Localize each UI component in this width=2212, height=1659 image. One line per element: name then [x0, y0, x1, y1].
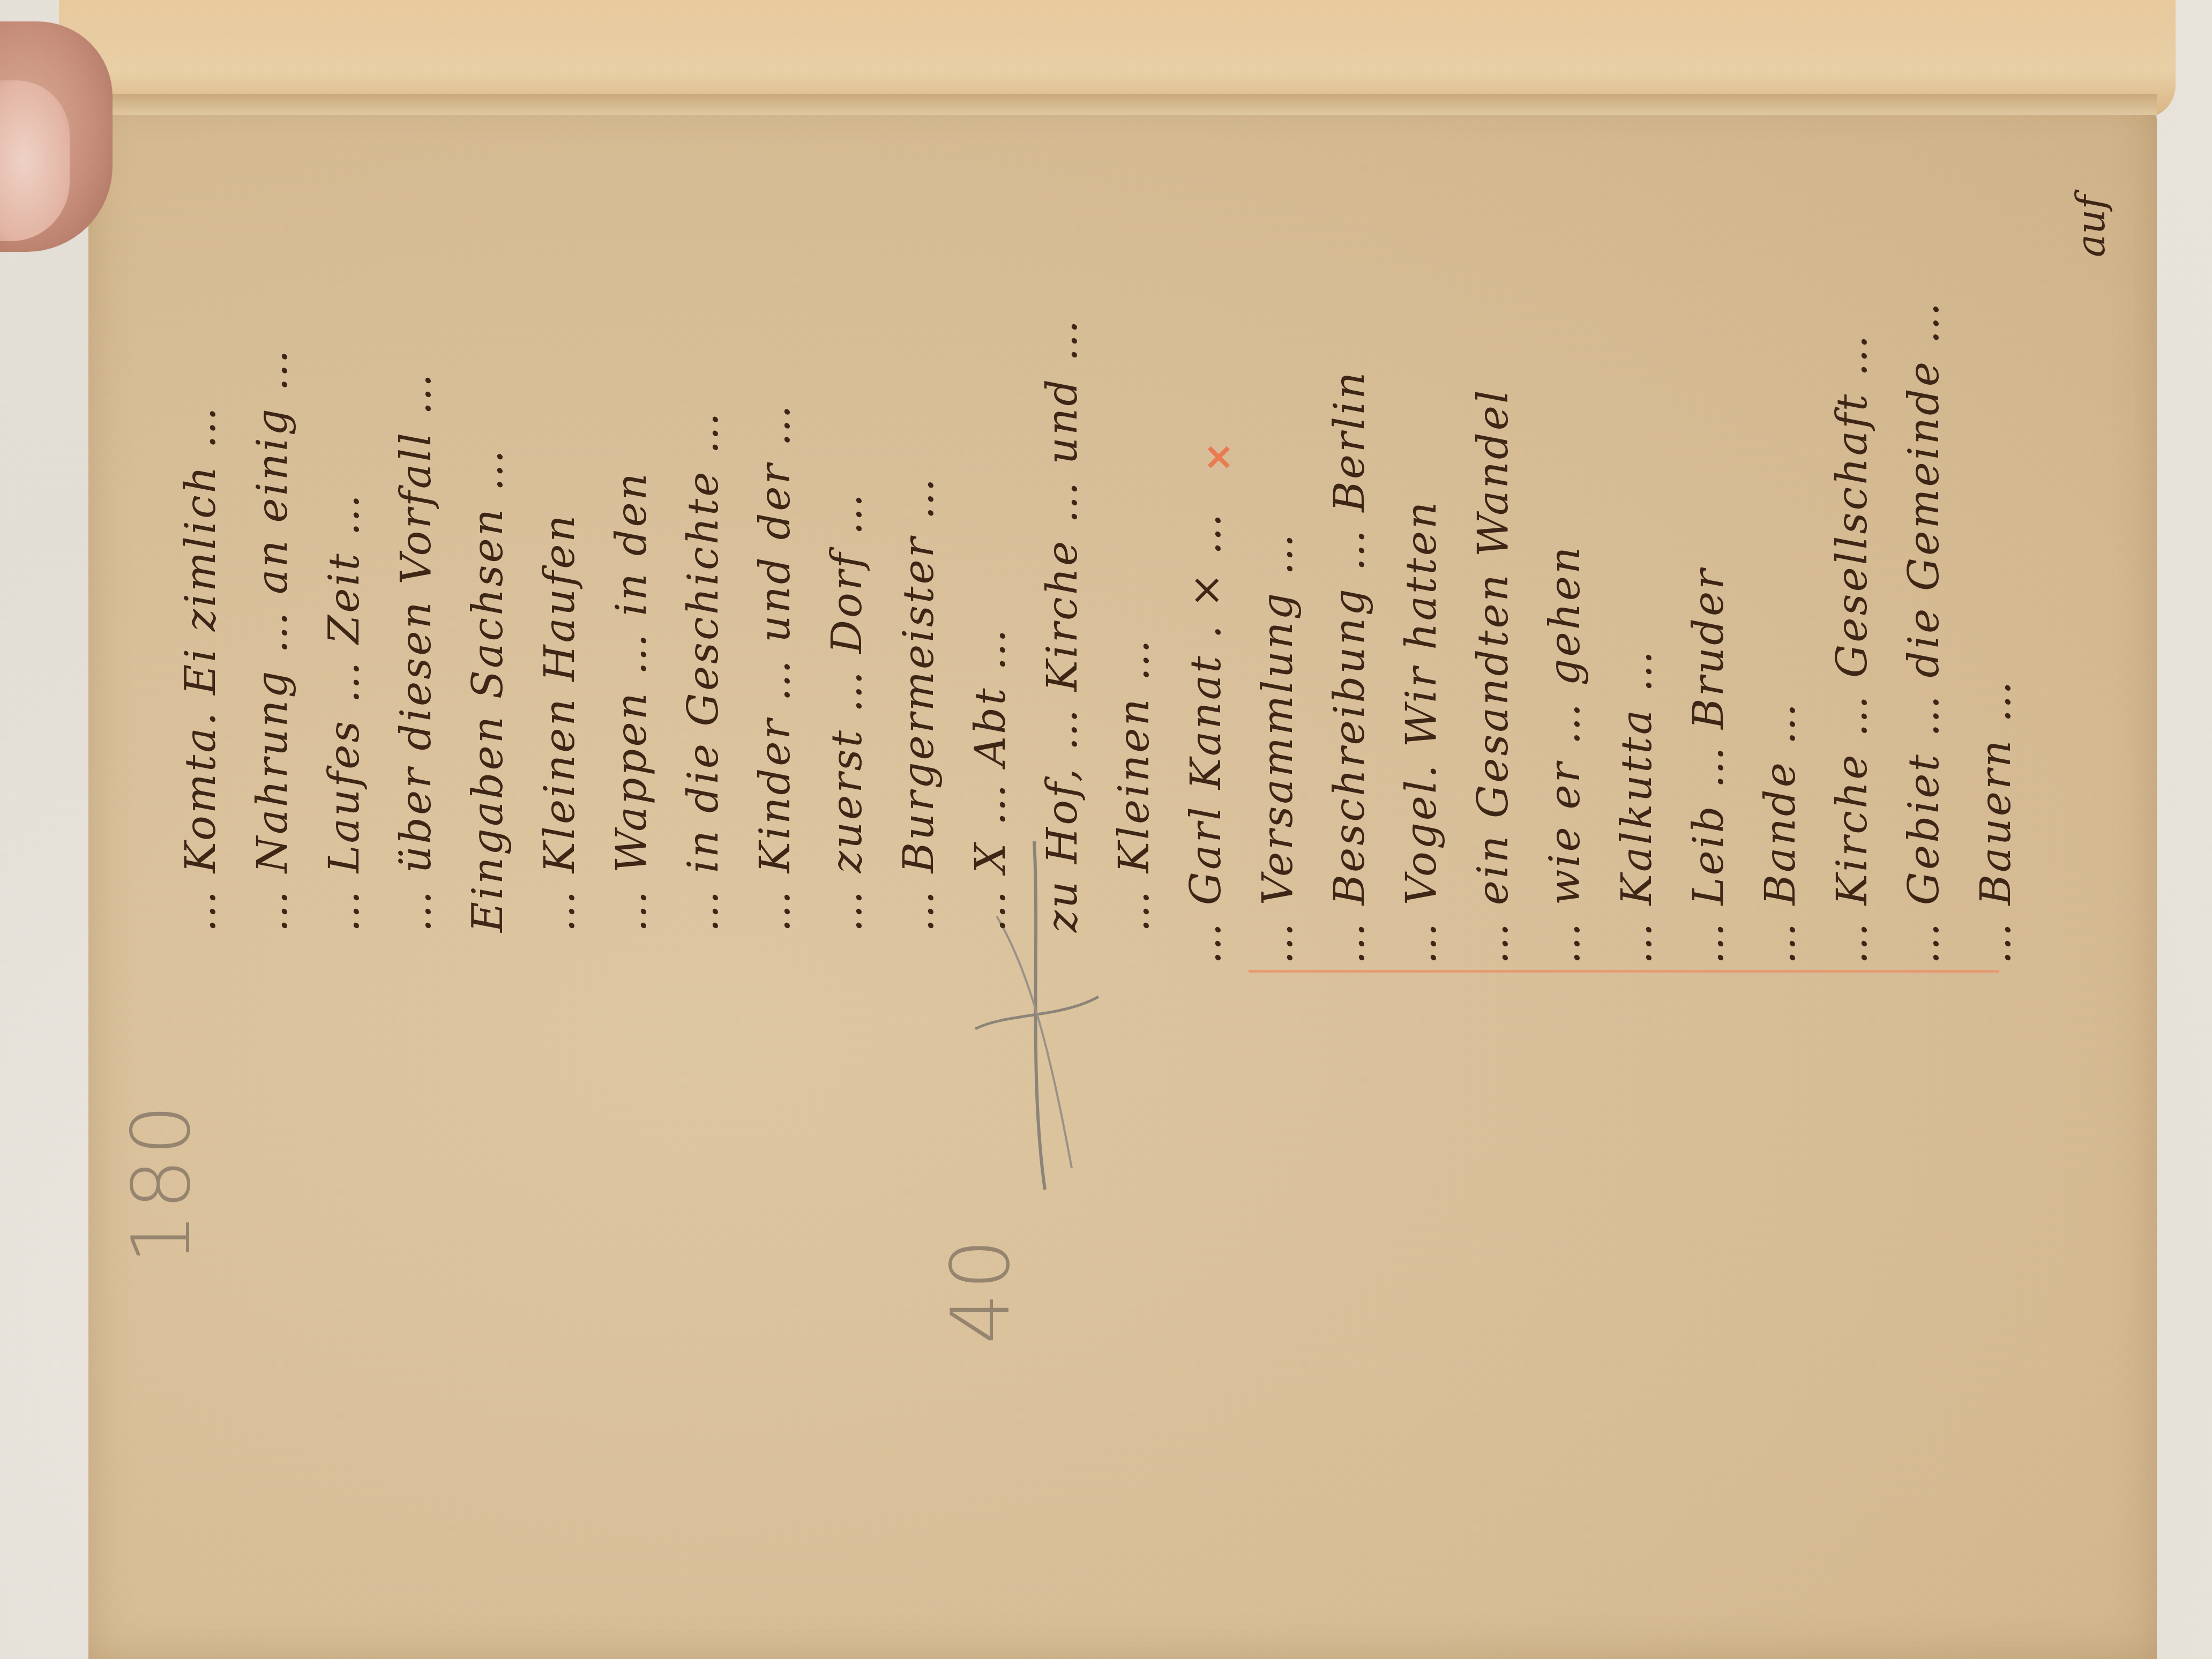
handwritten-line: … Garl Kanat . × …	[1182, 129, 1230, 965]
handwritten-line: … ein Gesandten Wandel	[1469, 129, 1518, 965]
handwritten-line: … X … Abt …	[967, 96, 1015, 932]
thumbnail	[0, 80, 70, 241]
handwritten-line: … über diesen Vorfall …	[392, 96, 440, 932]
handwritten-line: … zuerst … Dorf …	[823, 96, 871, 932]
handwritten-line: … Beschreibung … Berlin	[1326, 129, 1374, 965]
handwritten-line: … Kalkutta …	[1613, 129, 1661, 965]
handwritten-line: … Wappen … in den	[608, 96, 656, 932]
handwritten-line: … Burgermeister …	[895, 96, 943, 932]
handwritten-line: … Versammlung …	[1254, 129, 1302, 965]
handwritten-line: … Nahrung … an einig …	[249, 96, 297, 932]
handwritten-line: … Komta. Ei zimlich …	[177, 96, 225, 932]
handwritten-line: … Gebiet … die Gemeinde …	[1900, 129, 1948, 965]
handwritten-line: … Bande …	[1757, 129, 1805, 965]
handwritten-line: … Bauern …	[1972, 129, 2020, 965]
handwritten-line: … Vogel. Wir hatten	[1398, 129, 1446, 965]
handwritten-line: Eingaben Sachsen …	[464, 96, 512, 932]
handwritten-line: zu Hof, … Kirche … und …	[1038, 96, 1087, 932]
handwritten-line: … wie er … gehen	[1541, 129, 1589, 965]
folio-number-pencil: 40	[935, 1236, 1028, 1344]
handwritten-line: … in die Geschichte …	[679, 96, 728, 932]
handwritten-line: … Kleinen Haufen	[536, 96, 584, 932]
handwritten-line: … Kleinen …	[1110, 96, 1159, 932]
handwritten-line: … Kirche … Gesellschaft …	[1828, 129, 1877, 965]
handwritten-line: … Laufes … Zeit …	[320, 96, 369, 932]
catchword: auf	[2068, 195, 2113, 257]
handwritten-line: … Leib … Bruder	[1685, 129, 1733, 965]
handwritten-line: … Kinder … und der …	[751, 96, 799, 932]
page-number-pencil: 180	[115, 1101, 208, 1264]
